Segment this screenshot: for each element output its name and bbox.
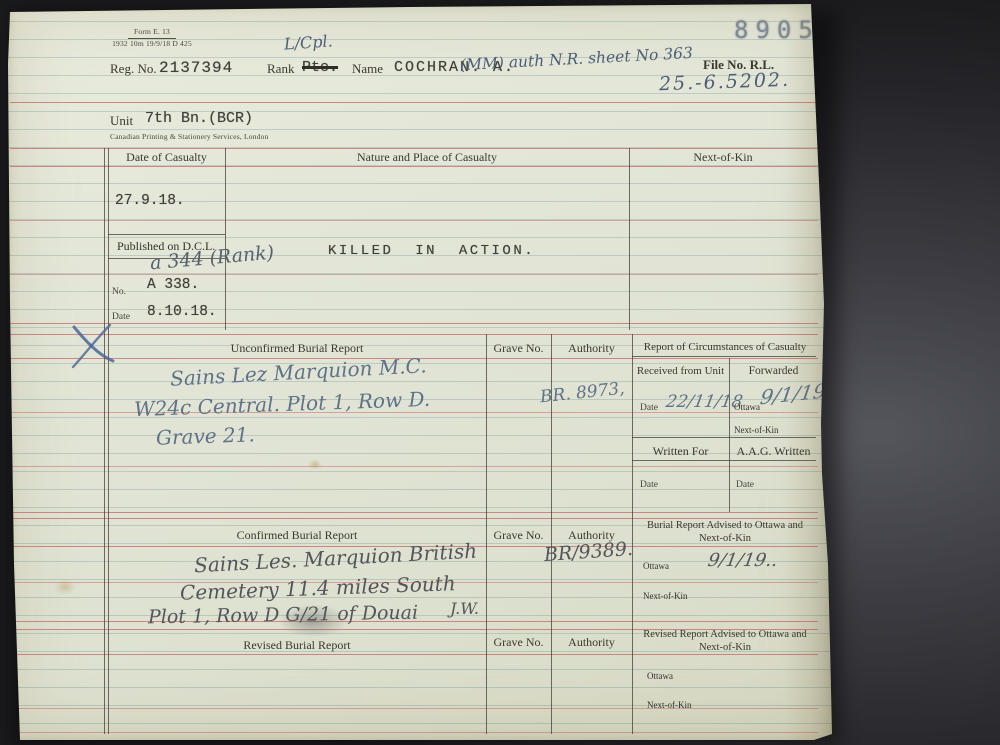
date-label-written-for: Date (640, 480, 658, 491)
form-code-line2: 1932 10m 19/9/18 D 425 (104, 39, 200, 49)
ruled-line-red (10, 512, 818, 513)
form-code: Form E. 13 1932 10m 19/9/18 D 425 (104, 28, 200, 48)
dcl-date-value: 8.10.18. (147, 304, 217, 321)
rank-handwritten-annotation: L/Cpl. (283, 32, 333, 54)
revised-grave-header: Grave No. (486, 636, 551, 650)
casualty-record-card: Form E. 13 1932 10m 19/9/18 D 425 8905 R… (8, 4, 832, 740)
ottawa-label-unconfirmed: Ottawa (734, 402, 760, 412)
serial-number-stamp: 8905 (734, 16, 820, 44)
ruled-line-red (10, 708, 818, 709)
revised-header: Revised Burial Report (108, 639, 486, 653)
printer-line: Canadian Printing & Stationery Services,… (110, 133, 269, 142)
casualty-nok-header: Next-of-Kin (629, 151, 817, 165)
unconfirmed-grave-header: Grave No. (486, 342, 551, 356)
nok-label-confirmed: Next-of-Kin (643, 591, 688, 601)
ruled-line-red (10, 732, 818, 733)
ruled-line-red (10, 148, 818, 149)
unit-label: Unit (110, 114, 133, 129)
aag-written-label: A.A.G. Written (729, 445, 818, 459)
grid-line-vertical (629, 148, 630, 330)
revised-authority-header: Authority (551, 636, 632, 650)
ruled-line-red (10, 220, 818, 221)
desk-background: Form E. 13 1932 10m 19/9/18 D 425 8905 R… (0, 0, 1000, 745)
confirmed-authority-value: BR/9389. (543, 539, 633, 567)
ruled-line-red (10, 323, 818, 324)
ruled-line-red (10, 334, 818, 335)
date-label-aag: Date (736, 480, 754, 491)
grid-line-vertical (729, 358, 730, 512)
ottawa-label-confirmed: Ottawa (643, 561, 669, 571)
confirmed-entry-initials: J.W. (450, 600, 479, 618)
ruled-line-red (10, 274, 818, 275)
grid-line-vertical (104, 148, 105, 734)
unconfirmed-authority-value: BR. 8973, (539, 380, 625, 408)
ruled-line-red (10, 166, 818, 167)
confirmed-grave-header: Grave No. (486, 529, 551, 543)
nok-label-unconfirmed: Next-of-Kin (734, 425, 779, 435)
unconfirmed-entry-line2: W24c Central. Plot 1, Row D. (134, 388, 431, 421)
file-no-value: 25.-6.5202. (659, 70, 791, 96)
written-for-label: Written For (632, 445, 729, 459)
dcl-no-label: No. (112, 287, 126, 298)
grid-line-horizontal (108, 234, 225, 235)
stain-spot (308, 459, 322, 470)
circumstances-header: Report of Circumstances of Casualty (632, 341, 818, 354)
casualty-nature-value: KILLED IN ACTION. (328, 243, 535, 259)
ruled-line-red (10, 466, 818, 467)
unconfirmed-entry-line3: Grave 21. (156, 423, 256, 449)
confirmed-entry-line2: Cemetery 11.4 miles South (180, 572, 456, 605)
rank-label: Rank (267, 62, 294, 77)
casualty-date-value: 27.9.18. (115, 193, 185, 210)
name-label: Name (352, 62, 383, 77)
reg-no-label: Reg. No. (110, 62, 157, 77)
unconfirmed-entry-line1: Sains Lez Marquion M.C. (170, 354, 427, 390)
rank-struck-value: Pte. (302, 59, 338, 76)
grid-line-vertical (225, 148, 226, 330)
confirmed-entry-line3: Plot 1, Row D G/21 of Douai (148, 603, 418, 630)
unconfirmed-authority-header: Authority (551, 342, 632, 356)
dcl-no-value: A 338. (147, 277, 199, 294)
received-from-unit-label: Received from Unit (632, 365, 729, 378)
grid-line-horizontal (632, 460, 816, 461)
casualty-nature-header: Nature and Place of Casualty (225, 151, 629, 165)
dcl-date-label: Date (112, 312, 130, 323)
grid-line-horizontal (632, 437, 816, 438)
confirmed-ottawa-date: 9/1/19.. (706, 551, 779, 572)
forwarded-label: Forwarded (729, 365, 818, 378)
forwarded-date-value: 9/1/19 (759, 380, 828, 410)
ruled-line-red (10, 102, 818, 103)
received-date-value: 22/11/18 (664, 393, 744, 413)
received-date-label: Date (640, 403, 658, 414)
form-code-line1: Form E. 13 (128, 28, 176, 39)
unconfirmed-header: Unconfirmed Burial Report (108, 342, 486, 356)
unit-value: 7th Bn.(BCR) (145, 110, 253, 127)
revised-advised-header: Revised Report Advised to Ottawa and Nex… (634, 628, 816, 654)
grid-line-vertical (632, 334, 633, 734)
nok-label-revised: Next-of-Kin (647, 700, 692, 710)
ottawa-label-revised: Ottawa (647, 671, 673, 681)
reg-no-value: 2137394 (159, 59, 233, 77)
name-annotation: (MM) auth N.R. sheet No 363 (460, 45, 694, 75)
grid-line-horizontal (632, 356, 816, 357)
confirmed-advised-header: Burial Report Advised to Ottawa and Next… (634, 519, 816, 545)
casualty-date-header: Date of Casualty (108, 151, 225, 165)
